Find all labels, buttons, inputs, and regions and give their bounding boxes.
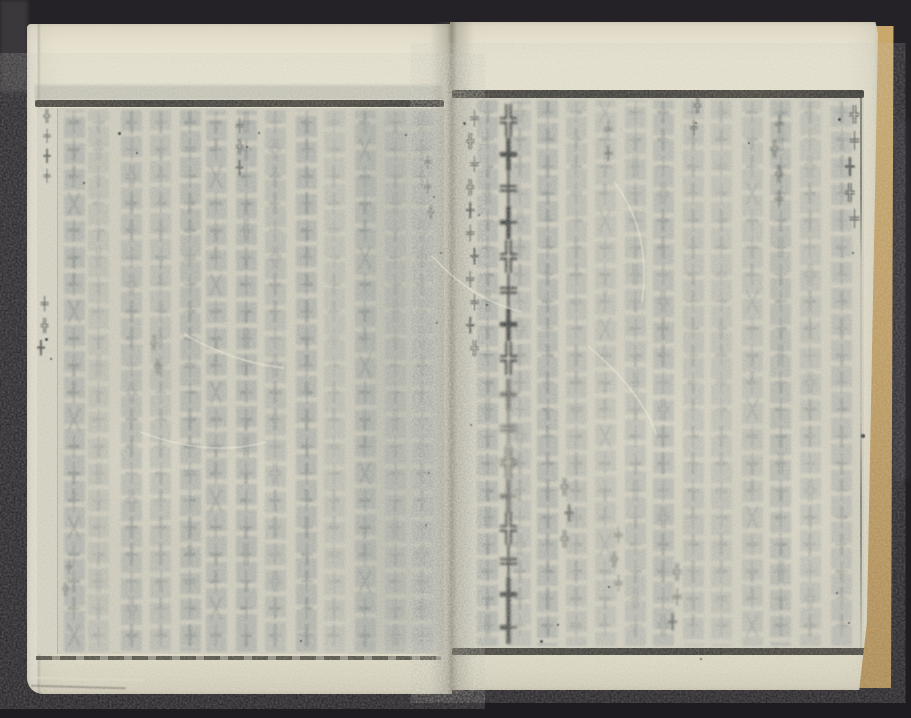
text-column: ┿╈╃╳┿╈╃╳┿╈╃╳┿╈╃╳┿╈╃╳ [742, 100, 763, 646]
text-column: ╁┽╆╫╁┽╆╫╁┽╆╫╁┽╆╫╁┽╆╫ [477, 100, 498, 646]
text-column: ╫╁┽╆╫╁┽╆╫╁┽╆╫╁┽╆╫╁┽╆ [236, 110, 257, 652]
page-left: ╬╋╉┼╬╋╉┼╬╋╉┼╬╋╉┼╬╋╉┼╁┽╆╫╁┽╆╫╁┽╆╫╁┽╆╫╁┽╆╫… [27, 24, 452, 694]
text-column: ╂╅╀╄╂╅╀╄╂╅╀╄╂╅╀╄╂╅╀╄ [831, 100, 852, 646]
text-column: ┽╆╫╁┽╆╫╁┽╆╫╁┽╆╫╁┽╆╫╁ [625, 100, 646, 646]
text-column: ╄╂╅╀╄╂╅╀╄╂╅╀╄╂╅╀╄╂╅╀ [683, 100, 704, 646]
text-column: ╳┿╈╃╳┿╈╃╳┿╈╃╳┿╈╃╳┿╈╃ [595, 100, 616, 646]
text-column: ╉┼╬╋╉┼╬╋╉┼╬╋╉┼╬╋╉┼╬╋ [800, 100, 821, 646]
bottom-frame-rule-left [36, 656, 441, 660]
text-column: ╆╫╁┽╆╫╁┽╆╫╁┽╆╫╁┽╆╫╁┽ [770, 100, 791, 646]
text-column: ┿╈╃╳┿╈╃╳┿╈╃╳┿╈╃╳┿╈╃╳ [64, 110, 85, 652]
text-column: ╆╫╁┽╆╫╁┽╆╫╁┽╆╫╁┽╆╫╁┽ [88, 110, 109, 652]
text-column: ╈╃╳┿╈╃╳┿╈╃╳┿╈╃╳┿╈╃╳┿ [206, 110, 227, 652]
text-column: ╃╳┿╈╃╳┿╈╃╳┿╈╃╳┿╈╃╳┿╈ [355, 110, 376, 652]
top-frame-rule-right [452, 90, 864, 98]
text-column: ╬╋╉┼╬╋╉┼╬╋╉┼╬╋╉┼╬╋╉┼ [510, 100, 531, 646]
background-shade-topleft [0, 0, 28, 92]
center-fold [430, 22, 474, 694]
text-column: ╊╇╪┾╊╇╪┾╊╇╪┾╊╇╪┾╊╇╪┾ [711, 100, 732, 646]
text-column: ╋╉┼╬╋╉┼╬╋╉┼╬╋╉┼╬╋╉┼╬ [653, 100, 674, 646]
text-column: ╪┾╊╇╪┾╊╇╪┾╊╇╪┾╊╇╪┾╊╇ [324, 110, 345, 652]
text-block-right: ╂╅╀╄╂╅╀╄╂╅╀╄╂╅╀╄╂╅╀╄╉┼╬╋╉┼╬╋╉┼╬╋╉┼╬╋╉┼╬╋… [452, 98, 864, 648]
text-column: ╉┼╬╋╉┼╬╋╉┼╬╋╉┼╬╋╉┼╬╋ [121, 110, 142, 652]
background-shade-right [893, 120, 911, 480]
text-column: ╀╄╂╅╀╄╂╅╀╄╂╅╀╄╂╅╀╄╂╅ [537, 100, 558, 646]
frame-border-right [860, 98, 862, 648]
text-block-left: ╬╋╉┼╬╋╉┼╬╋╉┼╬╋╉┼╬╋╉┼╁┽╆╫╁┽╆╫╁┽╆╫╁┽╆╫╁┽╆╫… [37, 108, 444, 654]
text-column: ╁┽╆╫╁┽╆╫╁┽╆╫╁┽╆╫╁┽╆╫ [385, 110, 406, 652]
photo-stage: ╬╋╉┼╬╋╉┼╬╋╉┼╬╋╉┼╬╋╉┼╁┽╆╫╁┽╆╫╁┽╆╫╁┽╆╫╁┽╆╫… [0, 0, 911, 718]
margin-strip-left [37, 108, 58, 654]
text-column: ╅╀╄╂╅╀╄╂╅╀╄╂╅╀╄╂╅╀╄╂ [296, 110, 317, 652]
text-column: ╂╅╀╄╂╅╀╄╂╅╀╄╂╅╀╄╂╅╀╄ [150, 110, 171, 652]
text-column: ┾╊╇╪┾╊╇╪┾╊╇╪┾╊╇╪┾╊╇╪ [566, 100, 587, 646]
top-frame-rule-left [35, 100, 444, 107]
page-right: ╂╅╀╄╂╅╀╄╂╅╀╄╂╅╀╄╂╅╀╄╉┼╬╋╉┼╬╋╉┼╬╋╉┼╬╋╉┼╬╋… [450, 22, 878, 690]
text-column: ┼╬╋╉┼╬╋╉┼╬╋╉┼╬╋╉┼╬╋╉ [265, 110, 286, 652]
text-column: ╇╪┾╊╇╪┾╊╇╪┾╊╇╪┾╊╇╪┾╊ [180, 110, 201, 652]
bottom-frame-rule-right [452, 648, 866, 655]
shadow-band-above-rule [35, 85, 442, 100]
